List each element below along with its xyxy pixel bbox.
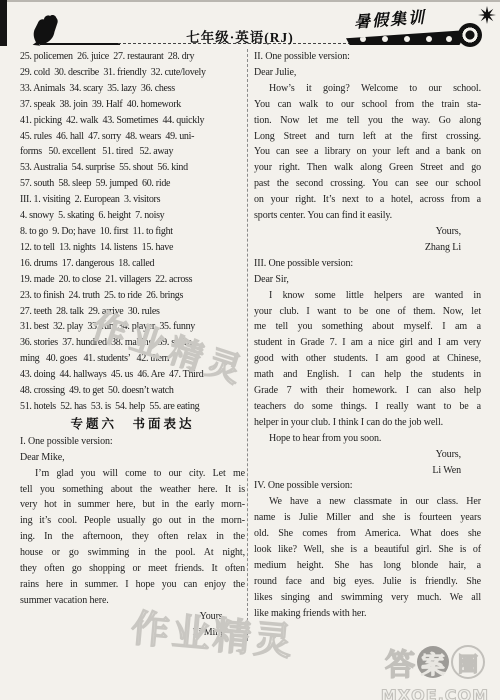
essay-line: name is Julie Miller and she is fourteen… bbox=[254, 510, 481, 526]
answer-line: 43. doing 44. hallways 45. us 46. Are 47… bbox=[20, 367, 245, 383]
answer-line: 33. Animals 34. scary 35. lazy 36. chess bbox=[20, 81, 245, 97]
essay-line: look like? Well, she is a beautiful girl… bbox=[254, 542, 481, 558]
essay-line: math and English. I can help the student… bbox=[254, 367, 481, 383]
brand-swoosh-shape bbox=[346, 30, 468, 45]
essay-line: your club. I want to be one of them. Now… bbox=[254, 304, 481, 320]
answer-line: 29. cold 30. describe 31. friendly 32. c… bbox=[20, 65, 245, 81]
brand-starburst-icon bbox=[478, 6, 496, 29]
essay-line: Dear Julie, bbox=[254, 65, 481, 81]
answer-line: 27. teeth 28. talk 29. arrive 30. rules bbox=[20, 304, 245, 320]
answer-line: 45. rules 46. hall 47. sorry 48. wears 4… bbox=[20, 129, 245, 145]
answer-line: 41. picking 42. walk 43. Sometimes 44. q… bbox=[20, 113, 245, 129]
answer-line: 31. best 32. play 33. run 34. player 35.… bbox=[20, 319, 245, 335]
essay-line: sports center. You can find it easily. bbox=[254, 208, 481, 224]
essay-line: good with other students. I am good at C… bbox=[254, 351, 481, 367]
scanned-workbook-page: { "header": { "title": "七年级·英语(RJ)", "br… bbox=[0, 0, 500, 700]
section-heading: 专题六 书面表达 bbox=[20, 416, 245, 433]
essay-line: teachers do some things. I really want t… bbox=[254, 399, 481, 415]
essay-line: You can see a library on your left and a… bbox=[254, 144, 481, 160]
answer-line: forms 50. excellent 51. tired 52. away bbox=[20, 144, 245, 160]
essay-line: Yours, bbox=[20, 609, 245, 625]
essay-line: old. She comes from America. What does s… bbox=[254, 526, 481, 542]
essay-line: Long Street and turn left at the first c… bbox=[254, 129, 481, 145]
answer-list: 25. policemen 26. juice 27. restaurant 2… bbox=[20, 49, 245, 415]
essay-line: Li Ming bbox=[20, 625, 245, 641]
essay-line: very hot in summer here, but in the earl… bbox=[20, 497, 245, 513]
essay-line: How’s it going? Welcome to our school. bbox=[254, 81, 481, 97]
page-title: 七年级·英语(RJ) bbox=[155, 26, 325, 46]
essay-line: likes singing and swimming very much. We… bbox=[254, 590, 481, 606]
essay-line: house or go swimming in the pool. At nig… bbox=[20, 545, 245, 561]
essay-line: Hope to hear from you soon. bbox=[254, 431, 481, 447]
answer-line: III. 1. visiting 2. European 3. visitors bbox=[20, 192, 245, 208]
essay-line: I’m glad you will come to our city. Let … bbox=[20, 466, 245, 482]
left-column: 25. policemen 26. juice 27. restaurant 2… bbox=[20, 49, 245, 641]
essay-line: helper in your club. I think I can do th… bbox=[254, 415, 481, 431]
essay-line: me tell you something about myself. I am… bbox=[254, 319, 481, 335]
essay-line: We have a new classmate in our class. He… bbox=[254, 494, 481, 510]
essay-line: on your right. It’s next to a hotel, acr… bbox=[254, 192, 481, 208]
essay-line: summer vacation here. bbox=[20, 593, 245, 609]
answer-line: ming 40. goes 41. students’ 42. them bbox=[20, 351, 245, 367]
answer-line: 53. Australia 54. surprise 55. shout 56.… bbox=[20, 160, 245, 176]
essay-line: they often go shopping or meet friends. … bbox=[20, 561, 245, 577]
essay-line: Grade 7 with their homework. I can also … bbox=[254, 383, 481, 399]
answer-circle-watermark-logo: 答 案 圈 MXQE.COM bbox=[380, 640, 490, 700]
essay-line: medium height. She has long blonde hair,… bbox=[254, 558, 481, 574]
essay-line: rains here in summer. I hope you can enj… bbox=[20, 577, 245, 593]
essay-line: tion. Now let me tell you the way. Go al… bbox=[254, 113, 481, 129]
logo-disc: 案 bbox=[417, 646, 449, 678]
essay-line: like making friends with her. bbox=[254, 606, 481, 622]
raised-fist-icon bbox=[30, 13, 58, 51]
essay-line: student in Grade 7. I am a nice girl and… bbox=[254, 335, 481, 351]
answer-line: 23. to finish 24. truth 25. to ride 26. … bbox=[20, 288, 245, 304]
answer-line: 4. snowy 5. skating 6. height 7. noisy bbox=[20, 208, 245, 224]
answer-line: 16. drums 17. dangerous 18. called bbox=[20, 256, 245, 272]
essay-line: Zhang Li bbox=[254, 240, 481, 256]
essay-line: round face and big eyes. Julie is friend… bbox=[254, 574, 481, 590]
essay-line: ing. In the afternoon, they often relax … bbox=[20, 529, 245, 545]
answer-line: 57. south 58. sleep 59. jumped 60. ride bbox=[20, 176, 245, 192]
watermark-site-text: MXQE.COM bbox=[380, 686, 490, 700]
essay-line: I know some little helpers are wanted in bbox=[254, 288, 481, 304]
essay-line: Yours, bbox=[254, 447, 481, 463]
essay-one: I. One possible version:Dear Mike,I’m gl… bbox=[20, 434, 245, 641]
essay-line: II. One possible version: bbox=[254, 49, 481, 65]
brand-logo: 暑假集训 bbox=[344, 6, 496, 48]
essay-line: Yours, bbox=[254, 224, 481, 240]
brand-title: 暑假集训 bbox=[353, 5, 426, 33]
essays-two-to-four: II. One possible version:Dear Julie,How’… bbox=[254, 49, 481, 622]
answer-line: 25. policemen 26. juice 27. restaurant 2… bbox=[20, 49, 245, 65]
page-header: 七年级·英语(RJ) 暑假集训 bbox=[0, 0, 500, 48]
answer-line: 37. speak 38. join 39. Half 40. homework bbox=[20, 97, 245, 113]
essay-line: III. One possible version: bbox=[254, 256, 481, 272]
answer-line: 48. crossing 49. to get 50. doesn’t watc… bbox=[20, 383, 245, 399]
essay-line: your right. Then walk along Green Street… bbox=[254, 160, 481, 176]
essay-line: ing it’s cool. People usually go out in … bbox=[20, 513, 245, 529]
answer-line: 12. to tell 13. nights 14. listens 15. h… bbox=[20, 240, 245, 256]
essay-line: Li Wen bbox=[254, 463, 481, 479]
essay-line: You can walk to our school from the trai… bbox=[254, 97, 481, 113]
page-body: 25. policemen 26. juice 27. restaurant 2… bbox=[20, 49, 482, 641]
essay-line: past the second crossing. You can see ou… bbox=[254, 176, 481, 192]
essay-line: I. One possible version: bbox=[20, 434, 245, 450]
logo-char: 答 bbox=[385, 640, 415, 684]
essay-line: tell you something about the weather her… bbox=[20, 482, 245, 498]
right-column: II. One possible version:Dear Julie,How’… bbox=[248, 49, 481, 641]
essay-line: Dear Mike, bbox=[20, 450, 245, 466]
answer-line: 51. hotels 52. has 53. is 54. help 55. a… bbox=[20, 399, 245, 415]
answer-line: 19. made 20. to close 21. villagers 22. … bbox=[20, 272, 245, 288]
answer-line: 36. stories 37. hundred 38. making 39. s… bbox=[20, 335, 245, 351]
essay-line: Dear Sir, bbox=[254, 272, 481, 288]
essay-line: IV. One possible version: bbox=[254, 478, 481, 494]
header-rule-solid bbox=[40, 43, 120, 45]
logo-ring: 圈 bbox=[451, 645, 485, 679]
answer-line: 8. to go 9. Do; have 10. first 11. to fi… bbox=[20, 224, 245, 240]
